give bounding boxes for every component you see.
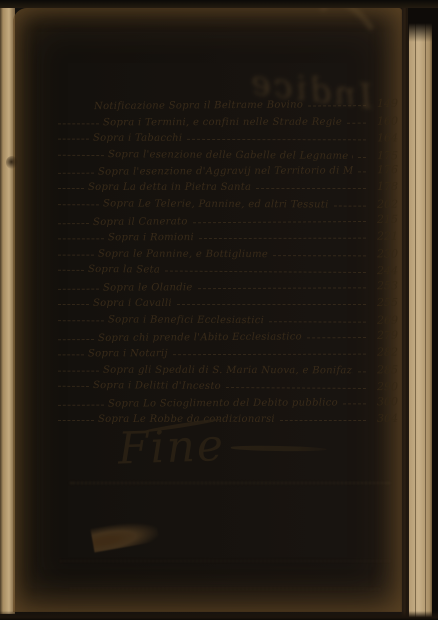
leader-dashes — [177, 304, 366, 305]
leader-dashes-left — [58, 138, 89, 139]
bleedthrough-line — [60, 560, 390, 562]
index-entry-row: Sopra Le Telerie, Pannine, ed altri Tess… — [58, 192, 398, 210]
fine-flourish-tail — [231, 445, 327, 452]
page-edge-line — [425, 2, 426, 620]
leader-dashes — [347, 122, 366, 123]
leader-dashes-left — [58, 320, 104, 321]
leader-dashes-left — [58, 254, 94, 255]
index-entry-row: Sopra i Termini, e confini nelle Strade … — [58, 110, 398, 127]
entry-page-number: 255 — [371, 296, 398, 309]
leader-dashes — [256, 188, 366, 189]
leader-dashes — [193, 220, 366, 222]
entry-page-number: 230 — [371, 247, 398, 260]
leader-dashes — [226, 387, 366, 389]
leader-dashes-left — [58, 354, 84, 355]
entry-title: Notificazione Sopra il Beltrame Bovino — [94, 99, 303, 112]
index-entry-row: Sopra i Romioni221 — [58, 226, 398, 243]
ink-spot — [6, 156, 18, 169]
index-entry-row: Sopra la Seta244 — [58, 258, 398, 277]
stacked-page-edges — [409, 2, 433, 620]
index-entry-row: Sopra i Tabacchi164 — [58, 127, 398, 144]
bleedthrough-line — [70, 588, 380, 590]
entry-title: Sopra l'esenzione d'Aggravij nel Territo… — [98, 165, 353, 177]
leader-dashes — [198, 287, 366, 289]
leader-dashes-left — [58, 270, 84, 271]
index-entry-row: Sopra i Notarij282 — [58, 342, 398, 359]
leader-dashes-left — [58, 222, 89, 223]
leader-dashes — [187, 139, 366, 140]
bleedthrough-line — [70, 482, 390, 484]
leader-dashes — [358, 371, 366, 372]
leader-dashes — [165, 271, 366, 273]
leader-dashes-left — [58, 386, 89, 387]
leader-dashes-left — [58, 172, 94, 173]
index-entry-row: Sopra i Delitti d'Incesto290 — [58, 374, 398, 393]
leader-dashes-left — [58, 304, 89, 305]
leader-dashes-left — [58, 154, 104, 155]
entry-title: Sopra le Olandie — [103, 282, 193, 293]
fine-word: Fine — [117, 420, 226, 475]
index-entry-row: Sopra i Cavalli255 — [58, 293, 398, 310]
leader-dashes — [173, 353, 366, 354]
index-entry-row: Sopra i Benefici Ecclesiastici269 — [58, 308, 398, 326]
index-entry-row: Sopra Lo Scioglimento del Debito pubblic… — [58, 391, 398, 409]
entry-page-number: 221 — [371, 230, 398, 243]
entry-page-number: 253 — [371, 279, 398, 292]
leader-dashes-left — [58, 288, 99, 289]
leader-dashes — [308, 105, 366, 106]
entry-title: Sopra i Delitti d'Incesto — [93, 380, 221, 392]
entry-title: Sopra i Termini, e confini nelle Strade … — [103, 116, 342, 128]
entry-title: Sopra i Notarij — [88, 348, 168, 359]
leader-dashes-left — [58, 238, 104, 239]
fine-closing: Fine — [117, 414, 328, 483]
index-entry-row: Sopra l'esenzione d'Aggravij nel Territo… — [58, 159, 398, 177]
entry-title: Sopra i Romioni — [108, 232, 194, 243]
entry-page-number: 279 — [371, 328, 398, 341]
entry-title: Sopra i Tabacchi — [93, 132, 182, 143]
index-entry-row: Sopra gli Spedali di S. Maria Nuova, e B… — [58, 358, 398, 375]
entry-title: Sopra Lo Scioglimento del Debito pubblic… — [108, 397, 338, 409]
entry-page-number: 176 — [371, 163, 398, 176]
leader-dashes — [358, 171, 366, 172]
index-entry-row: Notificazione Sopra il Beltrame Bovino14… — [90, 93, 398, 112]
entry-title: Sopra Le Telerie, Pannine, ed altri Tess… — [103, 198, 329, 210]
leader-dashes-left — [58, 188, 84, 189]
index-entry-row: Sopra La detta in Pietra Santa178 — [58, 177, 398, 194]
leader-dashes-left — [58, 404, 104, 405]
entry-page-number: 285 — [371, 363, 398, 376]
leader-dashes-left — [58, 420, 94, 421]
entry-page-number: 178 — [371, 180, 398, 193]
scan-border — [0, 0, 438, 8]
leader-dashes-left — [58, 204, 99, 205]
leader-dashes — [199, 238, 366, 239]
entry-page-number: 160 — [371, 114, 398, 127]
index-entry-list: Notificazione Sopra il Beltrame Bovino14… — [58, 94, 398, 425]
leader-dashes-left — [58, 370, 99, 371]
leader-dashes — [269, 321, 366, 322]
leader-dashes — [273, 255, 366, 256]
scan-border — [0, 611, 438, 620]
scanned-book-photo: Indice Notificazione Sopra il Beltrame B… — [0, 0, 438, 620]
index-entry-row: Sopra chi prende l'Abito Ecclesiastico27… — [58, 324, 398, 343]
entry-page-number: 304 — [371, 412, 398, 425]
entry-title: Sopra i Benefici Ecclesiastici — [108, 314, 264, 326]
leader-dashes-left — [58, 338, 94, 339]
entry-page-number: 215 — [371, 212, 398, 225]
leader-dashes — [358, 156, 366, 157]
entry-page-number: 300 — [371, 395, 398, 408]
entry-page-number: 282 — [371, 345, 398, 358]
leader-dashes — [343, 403, 366, 404]
entry-title: Sopra la Seta — [88, 264, 160, 276]
index-entry-row: Sopra le Olandie253 — [58, 275, 398, 293]
entry-page-number: 149 — [371, 96, 398, 109]
leader-dashes — [334, 205, 366, 206]
leader-dashes — [307, 336, 366, 337]
scan-border — [432, 0, 438, 620]
page-edge-line — [415, 2, 416, 620]
entry-page-number: 164 — [371, 131, 398, 144]
leader-dashes-left — [58, 122, 99, 123]
